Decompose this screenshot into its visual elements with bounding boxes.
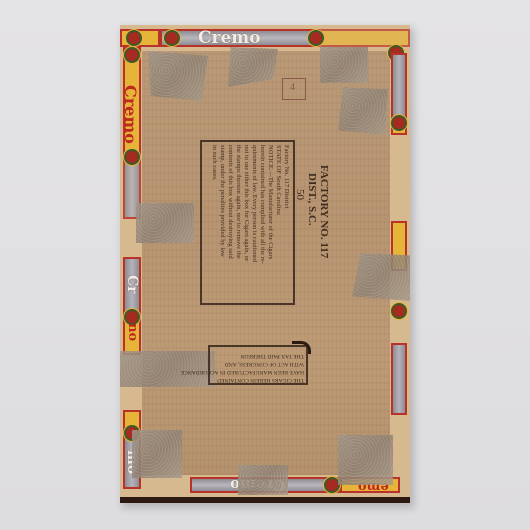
top-yellow-band-left bbox=[120, 29, 160, 47]
factory-number: FACTORY NO. 117 bbox=[317, 165, 330, 258]
ornament-icon bbox=[126, 151, 138, 163]
right-gray-band-1 bbox=[391, 53, 407, 127]
notice-line: the stamps thereon again, nor to remove … bbox=[235, 145, 242, 259]
tape-patch bbox=[136, 203, 194, 243]
brand-left-mid: Cr bbox=[124, 275, 140, 294]
cigar-box-bottom: Cremo Cremo emo Cremo Cr no mo mo mo 4 F… bbox=[120, 25, 410, 503]
ornament-icon bbox=[128, 32, 140, 44]
tape-patch bbox=[148, 51, 208, 101]
inspection-number: 4 bbox=[290, 82, 295, 94]
tape-patch bbox=[338, 87, 388, 135]
brand-top: Cremo bbox=[198, 28, 261, 48]
tape-patch bbox=[320, 47, 368, 83]
tape-patch bbox=[228, 47, 278, 87]
brand-left-top: Cremo bbox=[121, 85, 140, 144]
notice-line: herein contained has complied with all t… bbox=[259, 145, 266, 264]
ornament-icon bbox=[310, 32, 322, 44]
ornament-icon bbox=[393, 117, 405, 129]
tax-line: THE CIGARS HEREIN CONTAINED bbox=[217, 377, 304, 383]
ornament-icon bbox=[126, 311, 138, 323]
notice-stamp-text: Factory No. 117 District STATE OF South … bbox=[200, 145, 290, 305]
tax-notice-text: THE CIGARS HEREIN CONTAINED HAVE BEEN MA… bbox=[212, 349, 306, 383]
tax-line: HAVE BEEN MANUFACTURED IN ACCORDANCE bbox=[181, 369, 304, 375]
factory-count: 50 bbox=[293, 189, 306, 200]
tape-patch bbox=[132, 430, 182, 478]
top-yellow-band-right bbox=[320, 29, 410, 47]
ornament-icon bbox=[393, 305, 405, 317]
inspection-stamp: 4 bbox=[282, 78, 306, 100]
tape-patch bbox=[238, 465, 288, 495]
notice-line: NOTICE.—The Manufacturer of the Cigars bbox=[267, 145, 274, 259]
brand-left-low: no bbox=[125, 323, 140, 341]
notice-line: stamp, under the penalties provided by l… bbox=[219, 145, 226, 257]
notice-line: contents of this box without destroying … bbox=[227, 145, 234, 259]
ornament-icon bbox=[126, 49, 138, 61]
factory-header: FACTORY NO. 117 DIST., S.C. 50 bbox=[280, 165, 330, 275]
ink-mark bbox=[292, 341, 311, 354]
ornament-icon bbox=[326, 479, 338, 491]
notice-line: in such cases. bbox=[211, 145, 218, 181]
tape-patch bbox=[338, 435, 393, 485]
ornament-icon bbox=[166, 32, 178, 44]
tax-line: WITH ACT OF CONGRESS, AND bbox=[225, 361, 304, 367]
notice-line: quirements of law. Every person is cauti… bbox=[251, 145, 258, 262]
tape-patch bbox=[352, 253, 410, 301]
right-gray-band-2 bbox=[391, 343, 407, 415]
notice-line: not to use either this box for Cigars ag… bbox=[243, 145, 250, 261]
factory-district: DIST., S.C. bbox=[305, 173, 318, 226]
